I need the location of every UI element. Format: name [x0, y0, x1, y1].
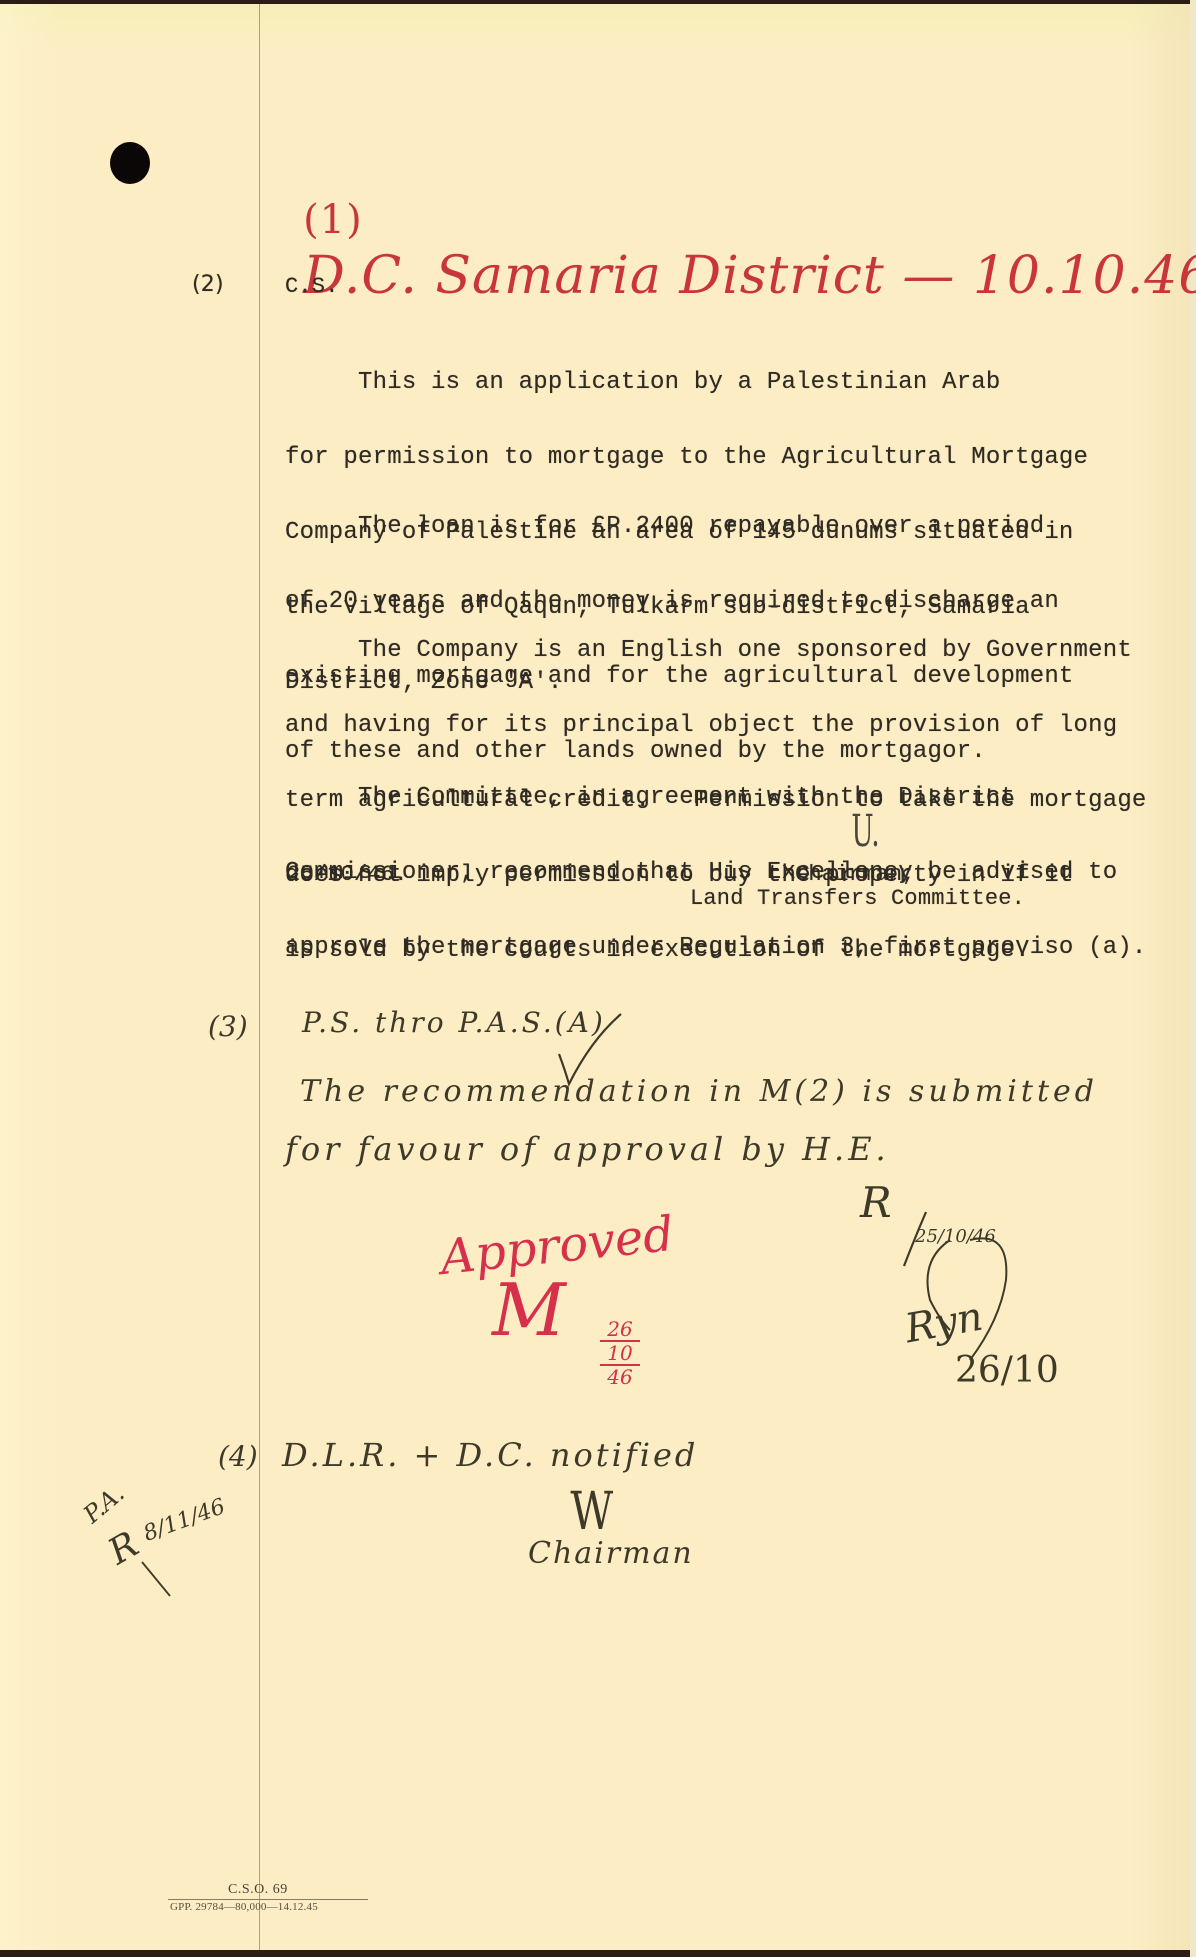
paragraph-4: The Committee, in agreement with the Dis… [285, 735, 1147, 985]
chairman-initials: U. [851, 806, 879, 857]
signatory-body: Land Transfers Committee. [690, 886, 1025, 911]
approval-date: 26 10 46 [600, 1318, 640, 1388]
approval-initials: M [492, 1268, 566, 1352]
minute-4-initials: W [570, 1482, 613, 1542]
minute-4-number: (4) [218, 1440, 258, 1473]
punch-hole [110, 142, 150, 184]
minute-2-addressee: C.S. [285, 274, 339, 299]
print-code: GPP. 29784—80,000—14.12.45 [170, 1901, 318, 1913]
text-line: approve the mortgage under Regulation 3,… [285, 935, 1147, 960]
text-line: The Company is an English one sponsored … [285, 638, 1147, 663]
footer-rule [168, 1899, 368, 1900]
minute-3-line-2: for favour of approval by H.E. [285, 1130, 890, 1168]
approval-date-month: 10 [600, 1342, 640, 1366]
minute-2-date: 25/10/46. [287, 862, 408, 887]
form-number: C.S.O. 69 [228, 1882, 288, 1898]
margin-rule [259, 4, 260, 1950]
text-line: The Committee, in agreement with the Dis… [285, 785, 1147, 810]
text-line: This is an application by a Palestinian … [285, 370, 1088, 395]
header-annotation: (1) D.C. Samaria District — 10.10.46 [268, 126, 1196, 306]
minute-4-text: D.L.R. + D.C. notified [282, 1436, 698, 1474]
minute-3-number: (3) [208, 1010, 248, 1043]
header-text: D.C. Samaria District — 10.10.46 [303, 246, 1196, 306]
initials-right: R [860, 1178, 892, 1227]
signatory-title: Chairman, [795, 862, 916, 887]
minute-3-line-1: The recommendation in M(2) is submitted [300, 1074, 1098, 1109]
minute-2-number: (2) [192, 272, 224, 297]
approval-date-year: 46 [600, 1366, 640, 1388]
margin-stroke-icon [140, 1560, 180, 1600]
text-line: Commissioner, recommend that His Excelle… [285, 860, 1147, 885]
approval-date-day: 26 [600, 1318, 640, 1342]
text-line: The loan is for £P.2400 repayable over a… [285, 514, 1074, 539]
date-right-2: 26/10 [955, 1350, 1059, 1391]
header-number: (1) [303, 197, 363, 243]
minute-4-signatory: Chairman [528, 1536, 694, 1571]
